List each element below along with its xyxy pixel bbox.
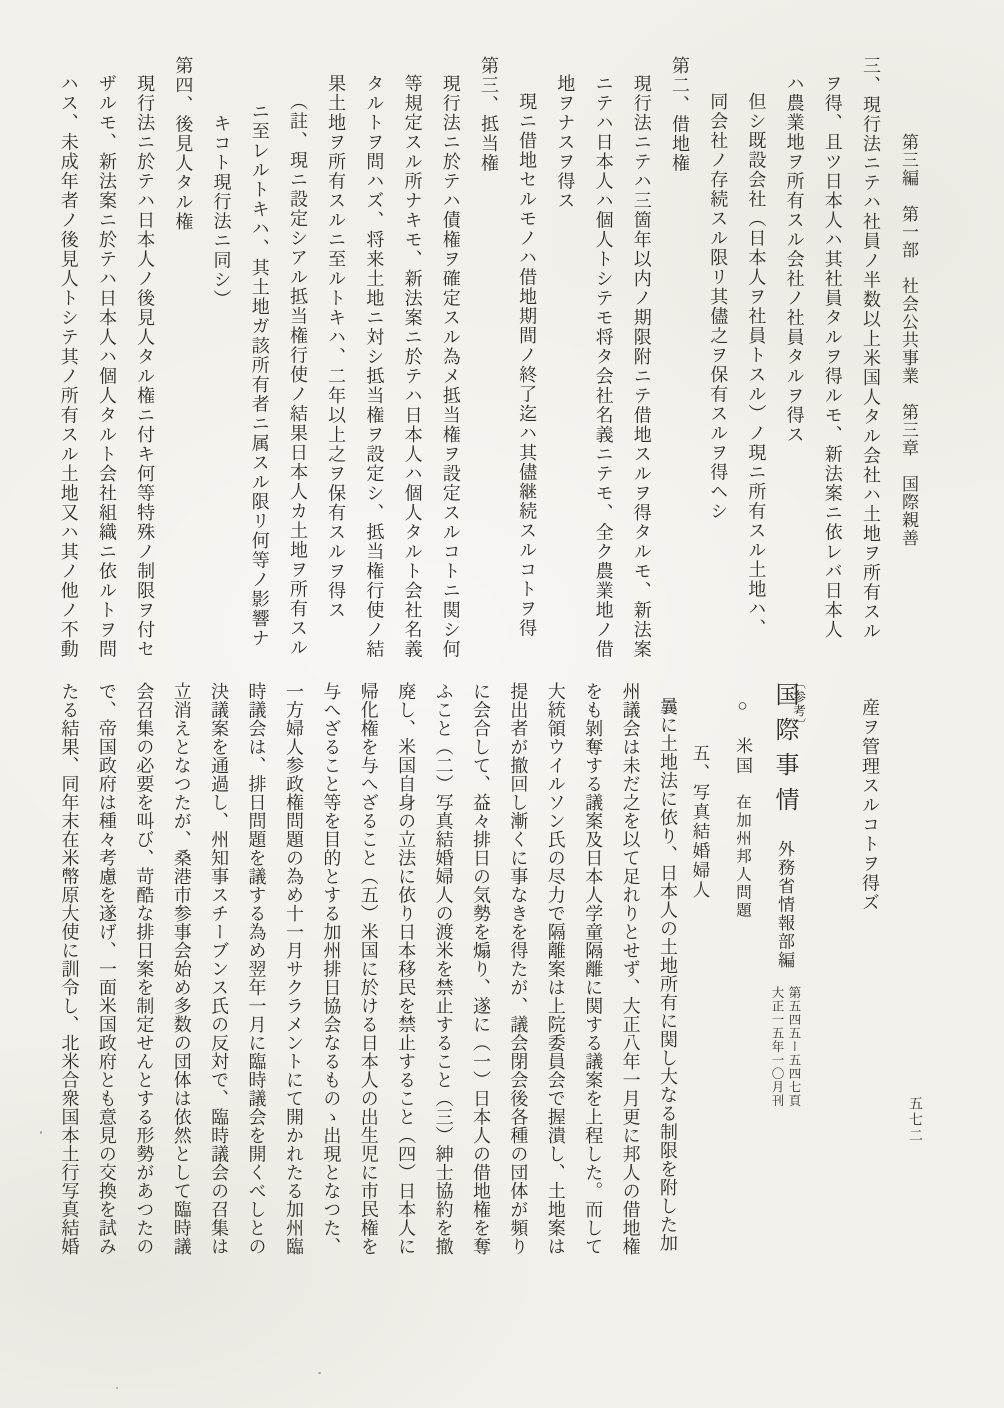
topic-label: ○ 米国 xyxy=(733,696,752,776)
scanned-page: 第三編 第一部 社会公共事業 第三章 国際親善 五七二 三、現行法ニテハ社員ノ半… xyxy=(0,0,1004,1408)
legal-text-column: （註、現ニ設定シアル抵当権行使ノ結果日本人カ土地ヲ所有スル xyxy=(279,56,317,684)
citation-pages: 第五四五ー五四七頁 xyxy=(785,986,802,1108)
paragraph-column: 大統領ウイルソン氏の尽力で隔離案は上院委員会で握潰し、土地案は xyxy=(536,682,573,1282)
reference-paragraph-block: 曩に土地法に依り、日本人の土地所有に関し大なる制限を附した加州議会は未だ之を以て… xyxy=(49,682,686,1282)
legal-text-column: 現ニ借地セルモノハ借地期間ノ終了迄ハ其儘継続スルコトヲ得 xyxy=(508,56,546,684)
running-head: 第三編 第一部 社会公共事業 第三章 国際親善 xyxy=(896,133,921,547)
paragraph-column: 提出者が撤回し漸くに事なきを得たが、議会閉会後各種の団体が頻り xyxy=(499,682,536,1282)
legal-text-carryover-column: 産ヲ管理スルコトヲ得ズ xyxy=(851,682,889,978)
legal-text-column: ニテハ日本人ハ個人トシテモ将タ会社名義ニテモ、全ク農業地ノ借 xyxy=(584,56,622,684)
legal-text-column: ヲ得、且ツ日本人ハ其社員タルヲ得ルモ、新法案ニ依レバ日本人 xyxy=(814,56,852,684)
paragraph-column: に会合して、益々排日の気勢を煽り、遂に（一）日本人の借地権を奪 xyxy=(462,682,499,1282)
paragraph-column: 曩に土地法に依り、日本人の土地所有に関し大なる制限を附した加 xyxy=(649,682,686,1282)
paragraph-column: 時議会は、排日問題を議する為め翌年一月に臨時議会を開くべしとの xyxy=(237,682,274,1282)
section-heading: 五、写真結婚婦人 xyxy=(688,744,714,900)
paragraph-column: ふこと（二）写真結婚婦人の渡米を禁止すること（三）紳士協約を撤 xyxy=(424,682,461,1282)
legal-text-column: ザルモ、新法案ニ於テハ日本人ハ個人タルト会社組織ニ依ルトヲ問 xyxy=(88,56,126,684)
paragraph-column: 帰化権を与へざること（五）米国に於ける日本人の出生児に市民権を xyxy=(349,682,386,1282)
legal-text-column: 等規定スル所ナキモ、新法案ニ於テハ日本人ハ個人タルト会社名義 xyxy=(393,56,431,684)
page-number: 五七二 xyxy=(904,1096,924,1144)
paragraph-column: 立消えとなつたが、桑港市参事会始め多数の団体は依然として臨時議 xyxy=(162,682,199,1282)
paragraph-column: 会召集の必要を叫び、苛酷な排日案を制定せんとする形勢があつたの xyxy=(125,682,162,1282)
paragraph-column: で、帝国政府は種々考慮を遂げ、一面米国政府とも意見の交換を試み xyxy=(88,682,125,1282)
paragraph-column: 決議案を通過し、州知事スチーブンス氏の反対で、臨時議会の召集は xyxy=(200,682,237,1282)
legal-text-column: 現行法ニ於テハ日本人ノ後見人タル権ニ付キ何等特殊ノ制限ヲ付セ xyxy=(126,56,164,684)
legal-text-column: 地ヲナスヲ得ス xyxy=(546,56,584,684)
legal-text-column: 但シ既設会社（日本人ヲ社員トスル）ノ現ニ所有スル土地ハ、 xyxy=(737,56,775,684)
legal-text-column: ハス、未成年者ノ後見人トシテ其ノ所有スル土地又ハ其ノ他ノ不動 xyxy=(50,56,88,684)
paragraph-column: 一方婦人参政権問題の為め十一月サクラメントにて開かれたる加州臨 xyxy=(275,682,312,1282)
reference-editor: 外務省情報部編 xyxy=(775,822,794,970)
paragraph-column: 与へざること等を目的とする加州排日協会なるものゝ出現となつた、 xyxy=(312,682,349,1282)
legal-text-column: 第三、抵当権 xyxy=(470,56,508,684)
topic-heading: ○ 米国 在加州邦人問題 xyxy=(729,696,755,920)
reference-heading: 国際事情外務省情報部編 xyxy=(762,682,806,1022)
legal-text-column: 第四、後見人タル権 xyxy=(164,56,202,684)
legal-text-column: 第二、借地権 xyxy=(661,56,699,684)
legal-text-column: ニ至レルトキハ、其土地ガ該所有者ニ属スル限リ何等ノ影響ナ xyxy=(241,56,279,684)
legal-text-block: 三、現行法ニテハ社員ノ半数以上米国人タル会社ハ土地ヲ所有スルヲ得、且ツ日本人ハ其… xyxy=(50,56,890,684)
paragraph-column: たる結果、同年末在米幣原大使に訓令し、北米合衆国本土行写真結婚 xyxy=(50,682,87,1282)
paragraph-column: 廃し、米国自身の立法に依り日本移民を禁止すること（四）日本人に xyxy=(387,682,424,1282)
legal-text-column: 同会社ノ存続スル限リ其儘之ヲ保有スルヲ得ヘシ xyxy=(699,56,737,684)
legal-text-column: 現行法ニテハ三箇年以内ノ期限附ニテ借地スルヲ得タルモ、新法案 xyxy=(623,56,661,684)
paragraph-column: をも剝奪する議案及日本人学童隔離に関する議案を上程した。而して xyxy=(574,682,611,1282)
scan-speck xyxy=(116,1387,118,1389)
legal-text-column: キコト現行法ニ同シ） xyxy=(202,56,240,684)
scan-speck xyxy=(40,1131,42,1134)
reference-title: 国際事情 xyxy=(771,682,797,822)
legal-text-column: 三、現行法ニテハ社員ノ半数以上米国人タル会社ハ土地ヲ所有スル xyxy=(852,56,890,684)
citation-date: 大正一五年一〇月刊 xyxy=(768,986,785,1108)
legal-text-column: 果土地ヲ所有スルニ至ルトキハ、二年以上之ヲ保有スルヲ得ス xyxy=(317,56,355,684)
topic-subtitle: 在加州邦人問題 xyxy=(734,776,751,920)
paragraph-column: 州議会は未だ之を以て足れりとせず、大正八年一月更に邦人の借地権 xyxy=(611,682,648,1282)
scan-speck xyxy=(318,1372,321,1374)
legal-text-column: ハ農業地ヲ所有スル会社ノ社員タルヲ得ス xyxy=(775,56,813,684)
reference-citation: 第五四五ー五四七頁 大正一五年一〇月刊 xyxy=(768,986,802,1108)
legal-text-column: タルトヲ問ハズ、将来土地ニ対シ抵当権ヲ設定シ、抵当権行使ノ結 xyxy=(355,56,393,684)
legal-text-column: 現行法ニ於テハ債権ヲ確定スル為メ抵当権ヲ設定スルコトニ関シ何 xyxy=(432,56,470,684)
